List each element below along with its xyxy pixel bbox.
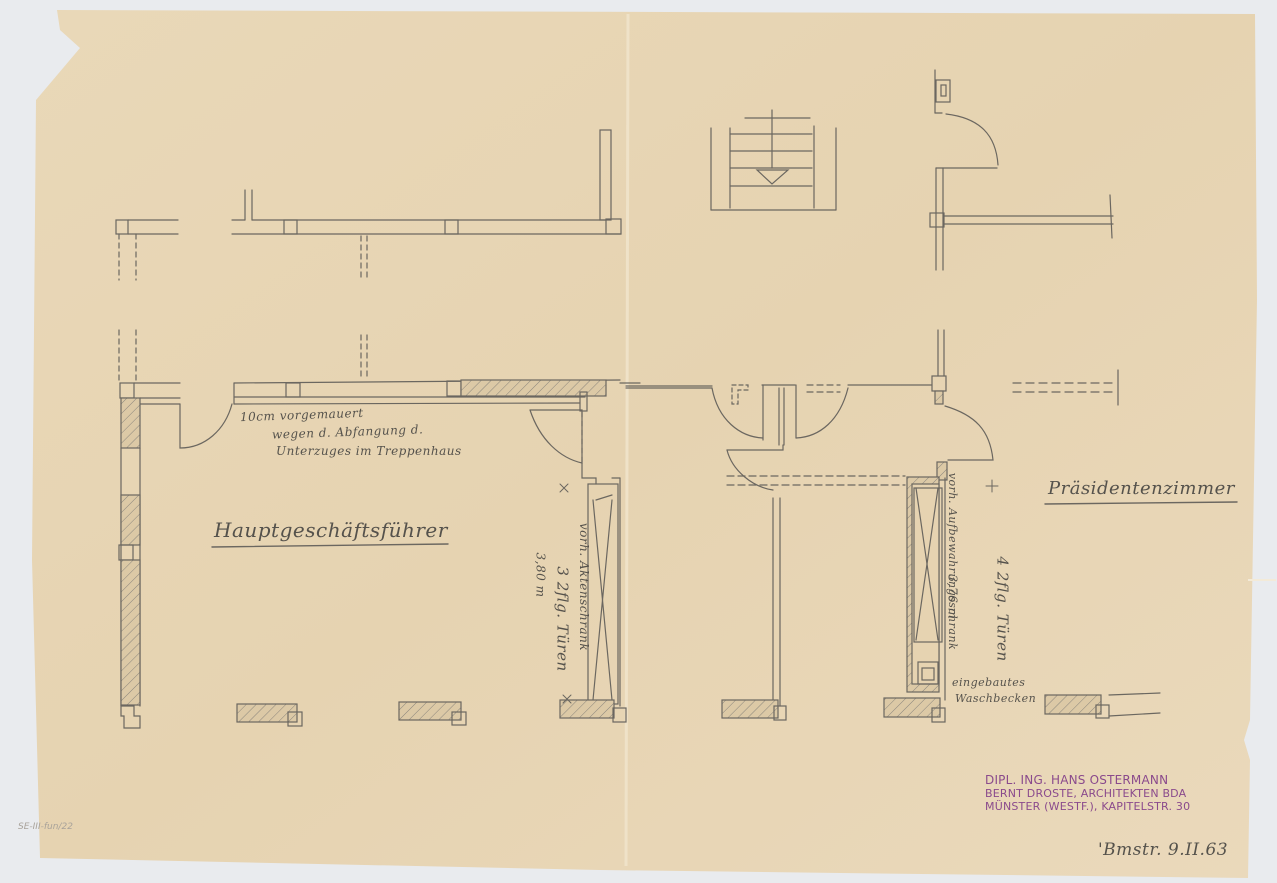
left-wardrobe-length: 3,80 m [533,553,547,598]
left-wardrobe-doors: 3 2flg. Türen [554,566,572,671]
right-wardrobe-length: 3,76 m [945,575,959,620]
floor-plan-sheet [0,0,1277,883]
stamp-line-2: BERNT DROSTE, ARCHITEKTEN BDA [985,787,1190,800]
left-wardrobe-label: vorh. Aktenschrank [577,523,591,651]
date-signature: 'Bmstr. 9.II.63 [1098,840,1228,860]
architect-stamp: DIPL. ING. HANS OSTERMANN BERNT DROSTE, … [985,774,1190,813]
sink-note-line-1: eingebautes [952,676,1025,689]
stamp-line-1: DIPL. ING. HANS OSTERMANN [985,774,1190,787]
stamp-line-3: MÜNSTER (WESTF.), KAPITELSTR. 30 [985,800,1190,813]
center-fold [626,14,628,866]
paper [32,10,1257,878]
room-label-left: Hauptgeschäftsführer [214,518,448,542]
room-label-right: Präsidentenzimmer [1048,478,1235,499]
wall-note-line-3: Unterzuges im Treppenhaus [276,444,462,458]
archive-mark: SE-III-fun/22 [18,822,73,832]
right-wardrobe-label: vorh. Aufbewahrungsschrank [946,473,959,650]
right-wardrobe-doors: 4 2flg. Türen [994,556,1012,661]
sink-note-line-2: Waschbecken [955,692,1036,705]
